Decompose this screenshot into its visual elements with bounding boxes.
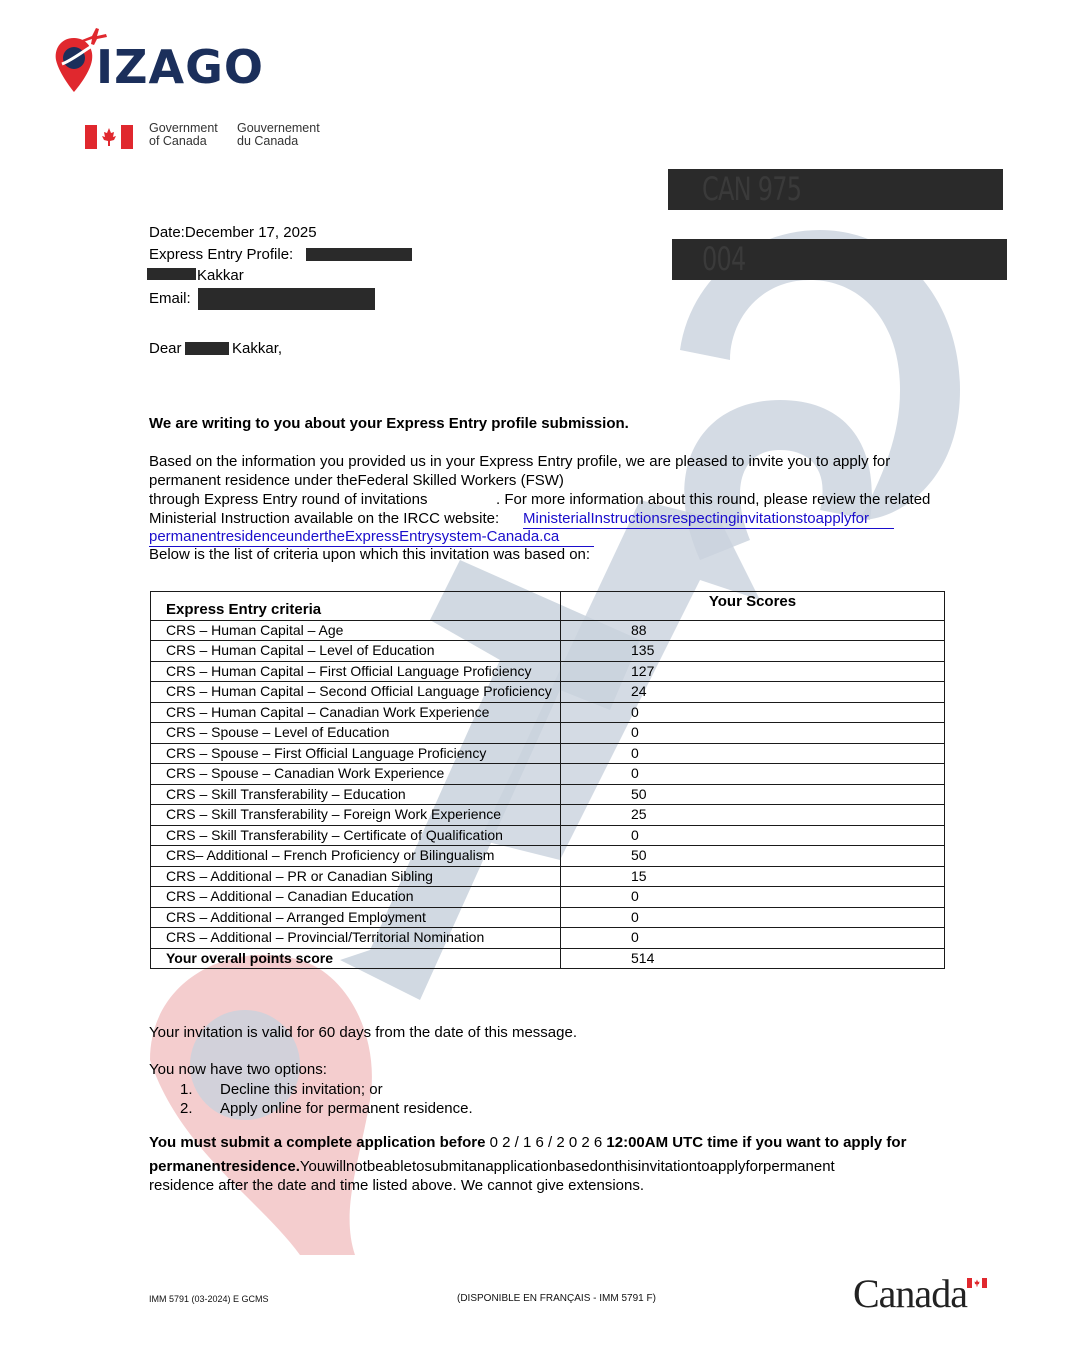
option-2-number: 2. [180, 1099, 193, 1118]
score-cell: 0 [561, 907, 945, 928]
score-cell: 88 [561, 620, 945, 641]
paragraph-line: Based on the information you provided us… [149, 452, 890, 471]
option-2-text: Apply online for permanent residence. [220, 1099, 473, 1118]
criteria-cell: CRS – Skill Transferability – Certificat… [151, 825, 561, 846]
score-cell: 50 [561, 846, 945, 867]
options-intro: You now have two options: [149, 1060, 327, 1079]
criteria-cell: CRS– Additional – French Proficiency or … [151, 846, 561, 867]
header-criteria: Express Entry criteria [151, 592, 561, 621]
redacted-email [198, 288, 375, 310]
deadline-notice: You must submit a complete application b… [149, 1133, 906, 1152]
letter-subject: We are writing to you about your Express… [149, 414, 629, 433]
gov-en-label: Government of Canada [149, 122, 218, 148]
criteria-cell: CRS – Human Capital – First Official Lan… [151, 661, 561, 682]
score-cell: 15 [561, 866, 945, 887]
criteria-cell: CRS – Human Capital – Canadian Work Expe… [151, 702, 561, 723]
table-row: CRS – Human Capital – Age88 [151, 620, 945, 641]
applicant-surname: Kakkar [197, 266, 244, 285]
deadline-notice-line3: residence after the date and time listed… [149, 1176, 644, 1195]
score-cell: 127 [561, 661, 945, 682]
criteria-cell: CRS – Human Capital – Second Official La… [151, 682, 561, 703]
score-cell: 0 [561, 743, 945, 764]
criteria-cell: CRS – Additional – Provincial/Territoria… [151, 928, 561, 949]
criteria-cell: CRS – Additional – Arranged Employment [151, 907, 561, 928]
izago-logo: IZAGO [52, 26, 252, 98]
total-row: Your overall points score 514 [151, 948, 945, 969]
redacted-reference-box-2: 004 [672, 239, 1007, 280]
criteria-cell: CRS – Spouse – Level of Education [151, 723, 561, 744]
table-row: CRS – Skill Transferability – Foreign Wo… [151, 805, 945, 826]
total-score: 514 [561, 948, 945, 969]
table-row: CRS– Additional – French Proficiency or … [151, 846, 945, 867]
score-cell: 0 [561, 825, 945, 846]
validity-notice: Your invitation is valid for 60 days fro… [149, 1023, 577, 1042]
paragraph-line: through Express Entry round of invitatio… [149, 490, 427, 509]
logo-text: IZAGO [96, 40, 264, 94]
score-cell: 0 [561, 928, 945, 949]
table-row: CRS – Spouse – First Official Language P… [151, 743, 945, 764]
score-cell: 0 [561, 764, 945, 785]
deadline-notice-line2: permanentresidence.Youwillnotbeabletosub… [149, 1157, 835, 1176]
redacted-greeting-name [185, 342, 229, 355]
total-label: Your overall points score [151, 948, 561, 969]
criteria-intro: Below is the list of criteria upon which… [149, 545, 590, 564]
greeting-salutation: Dear [149, 339, 182, 358]
table-row: CRS – Additional – Arranged Employment0 [151, 907, 945, 928]
score-cell: 0 [561, 887, 945, 908]
table-row: CRS – Additional – Provincial/Territoria… [151, 928, 945, 949]
score-cell: 25 [561, 805, 945, 826]
criteria-cell: CRS – Additional – Canadian Education [151, 887, 561, 908]
greeting-surname: Kakkar, [232, 339, 282, 358]
ministerial-instructions-link-line1[interactable]: MinisterialInstructionsrespectinginvitat… [523, 509, 894, 529]
header-scores: Your Scores [561, 592, 945, 621]
email-label: Email: [149, 289, 191, 308]
form-code: IMM 5791 (03-2024) E GCMS [149, 1294, 269, 1304]
table-row: CRS – Human Capital – Second Official La… [151, 682, 945, 703]
table-row: CRS – Human Capital – Level of Education… [151, 641, 945, 662]
criteria-cell: CRS – Human Capital – Level of Education [151, 641, 561, 662]
table-row: CRS – Skill Transferability – Education5… [151, 784, 945, 805]
redacted-profile-number [306, 248, 412, 261]
letter-date: Date:December 17, 2025 [149, 223, 317, 242]
score-cell: 135 [561, 641, 945, 662]
table-row: CRS – Spouse – Level of Education0 [151, 723, 945, 744]
redacted-reference-box-1: CAN 975 [668, 169, 1003, 210]
criteria-cell: CRS – Additional – PR or Canadian Siblin… [151, 866, 561, 887]
score-cell: 0 [561, 702, 945, 723]
table-row: CRS – Additional – Canadian Education0 [151, 887, 945, 908]
table-row: CRS – Skill Transferability – Certificat… [151, 825, 945, 846]
table-row: CRS – Human Capital – Canadian Work Expe… [151, 702, 945, 723]
paragraph-line: . For more information about this round,… [496, 490, 930, 509]
option-1-text: Decline this invitation; or [220, 1080, 383, 1099]
criteria-cell: CRS – Human Capital – Age [151, 620, 561, 641]
score-cell: 50 [561, 784, 945, 805]
criteria-cell: CRS – Skill Transferability – Foreign Wo… [151, 805, 561, 826]
ministerial-instructions-link-line2[interactable]: permanentresidenceundertheExpressEntrysy… [149, 527, 594, 547]
redacted-first-name [147, 268, 196, 280]
gov-fr-label: Gouvernement du Canada [237, 122, 320, 148]
french-availability-note: (DISPONIBLE EN FRANÇAIS - IMM 5791 F) [457, 1293, 656, 1304]
deadline-date: 0 2 / 1 6 / 2 0 2 6 [490, 1134, 603, 1151]
canada-wordmark: Canada [853, 1270, 967, 1317]
paragraph-line: Ministerial Instruction available on the… [149, 509, 499, 528]
canada-wordmark-flag-icon [967, 1278, 987, 1288]
criteria-cell: CRS – Skill Transferability – Education [151, 784, 561, 805]
option-1-number: 1. [180, 1080, 193, 1099]
criteria-cell: CRS – Spouse – First Official Language P… [151, 743, 561, 764]
score-cell: 24 [561, 682, 945, 703]
express-entry-profile: Express Entry Profile: [149, 245, 293, 264]
score-cell: 0 [561, 723, 945, 744]
table-row: CRS – Spouse – Canadian Work Experience0 [151, 764, 945, 785]
criteria-cell: CRS – Spouse – Canadian Work Experience [151, 764, 561, 785]
crs-score-table: Express Entry criteria Your Scores CRS –… [150, 591, 945, 969]
paragraph-line: permanent residence under theFederal Ski… [149, 471, 564, 490]
table-header-row: Express Entry criteria Your Scores [151, 592, 945, 621]
table-row: CRS – Human Capital – First Official Lan… [151, 661, 945, 682]
table-row: CRS – Additional – PR or Canadian Siblin… [151, 866, 945, 887]
canada-flag-icon [85, 125, 133, 149]
